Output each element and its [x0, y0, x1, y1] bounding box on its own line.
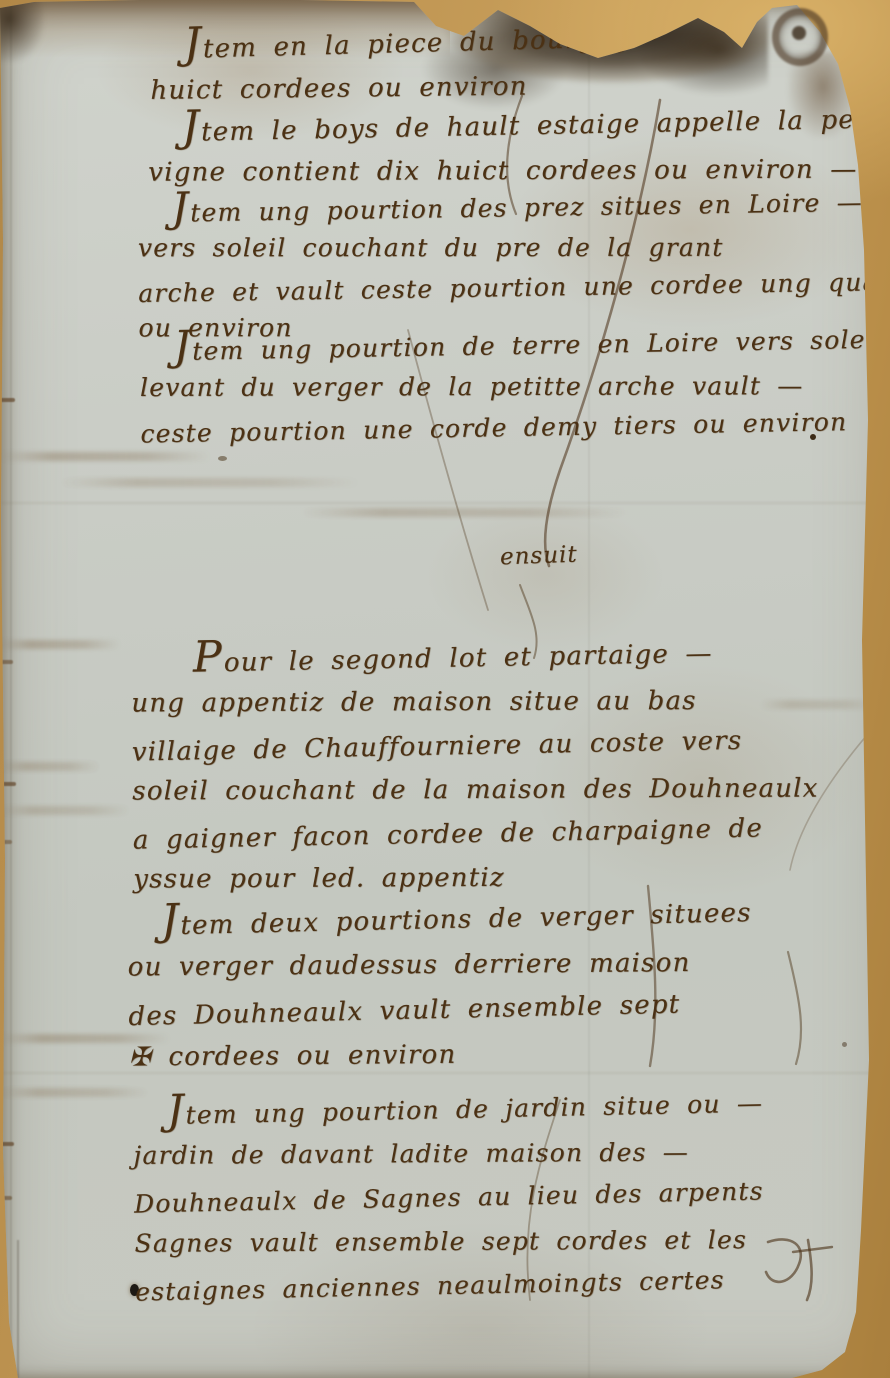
curled-burnt-fragment	[768, 4, 832, 70]
paragraph-second-lot: Pour le segond lot et partaige — ung app…	[131, 626, 820, 903]
catchword: ensuit	[500, 542, 579, 571]
manuscript-line: Jtem ung pourtion de terre en Loire vers…	[173, 314, 884, 372]
manuscript-line: ceste pourtion une corde demy tiers ou e…	[140, 401, 885, 455]
manuscript-line: Jtem en la piece du bourg g—	[183, 10, 658, 72]
manuscript-line: Jtem ung pourtion de jardin situe ou —	[166, 1076, 763, 1138]
paragraph-item-4: Jtem ung pourtion de terre en Loire vers…	[139, 317, 884, 451]
manuscript-line: ✠ cordees ou environ	[129, 1031, 754, 1081]
curl-core	[792, 26, 806, 40]
manuscript-line: Pour le segond lot et partaige —	[192, 624, 817, 686]
manuscript-line: Jtem ung pourtion des prez situes en Loi…	[171, 176, 890, 233]
paragraph-item-6: Jtem ung pourtion de jardin situe ou — j…	[133, 1078, 766, 1312]
manuscript-line: Jtem deux pourtions de verger situees	[161, 885, 753, 949]
manuscript-page: Jtem en la piece du bourg g— huict corde…	[0, 0, 890, 1378]
manuscript-line: Jtem le boys de hault estaige appelle la…	[181, 91, 890, 156]
manuscript-line: vers soleil couchant du pre de la grant	[138, 228, 890, 269]
handwriting-layer: Jtem en la piece du bourg g— huict corde…	[0, 0, 890, 1378]
manuscript-photo: Jtem en la piece du bourg g— huict corde…	[0, 0, 890, 1378]
paragraph-item-5: Jtem deux pourtions de verger situees ou…	[127, 888, 754, 1083]
manuscript-line: arche et vault ceste pourtion une cordee…	[138, 262, 890, 314]
manuscript-line: estaignes anciennes neaulmoingts certes	[135, 1257, 766, 1314]
